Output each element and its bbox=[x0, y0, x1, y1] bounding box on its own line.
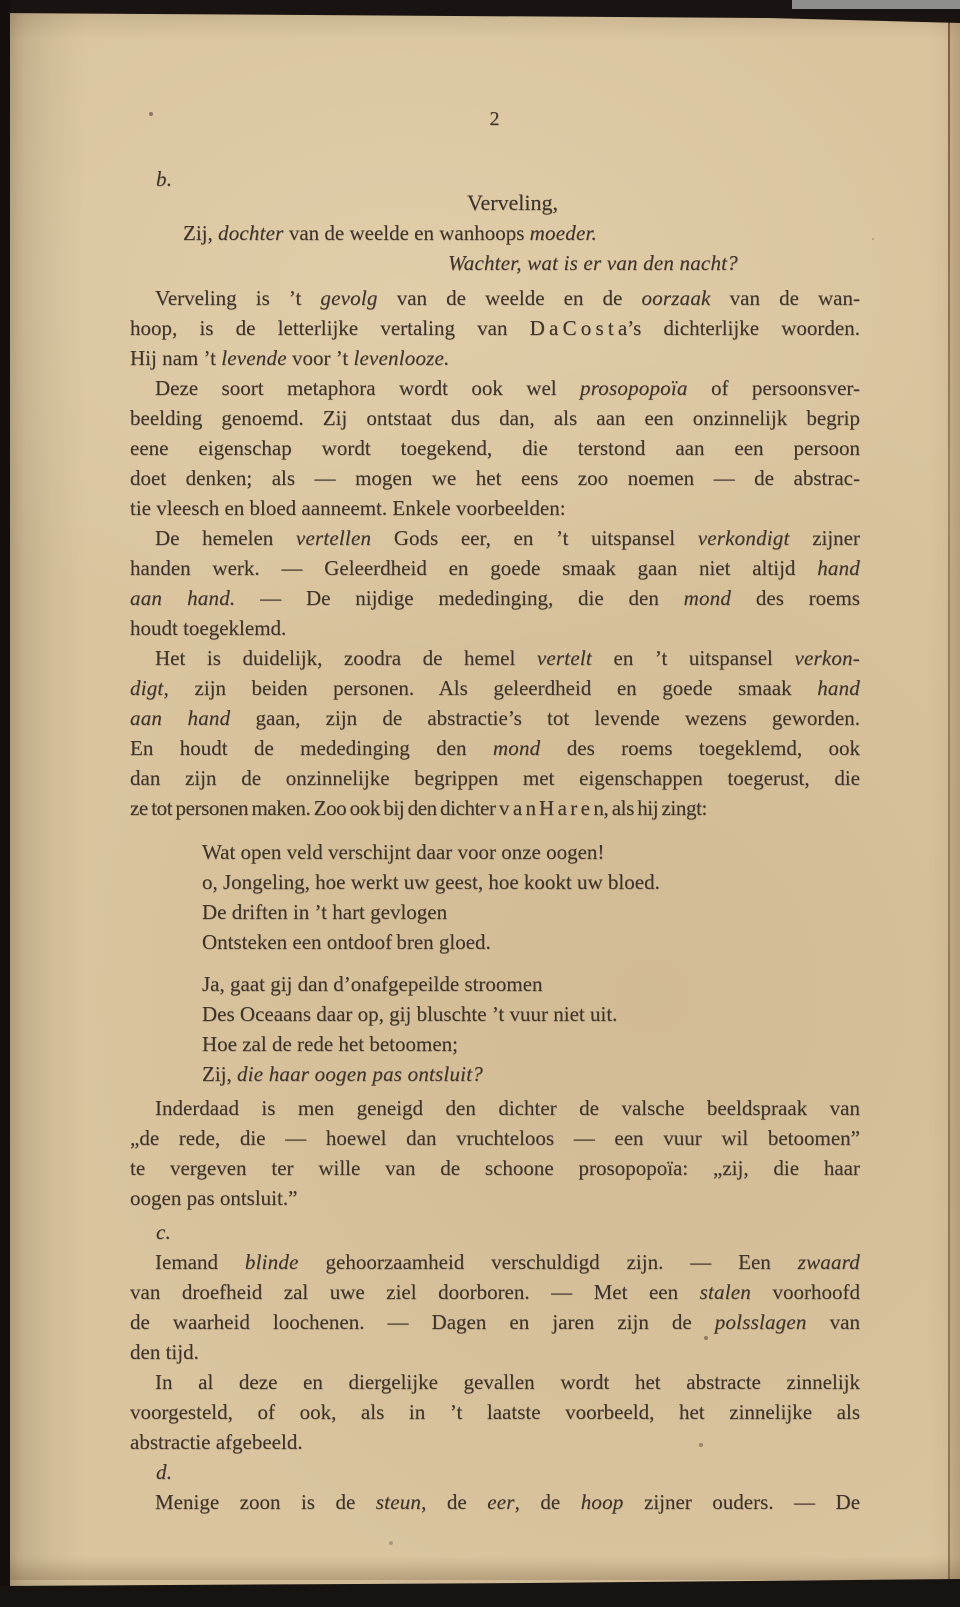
text-line: digt, zijn beiden personen. Als geleerdh… bbox=[130, 673, 860, 703]
text-segment-italic: zwaard bbox=[798, 1250, 860, 1274]
text-line: van droefheid zal uwe ziel doorboren. — … bbox=[130, 1277, 860, 1307]
text-line: tie vleesch en bloed aanneemt. Enkele vo… bbox=[130, 493, 860, 523]
text-line: hoop, is de letterlijke vertaling van D … bbox=[130, 313, 860, 343]
text-segment: Hoe zal de rede het betoomen; bbox=[202, 1032, 458, 1056]
page-right-edge-line bbox=[948, 22, 950, 1580]
text-segment: Het is duidelijk, zoodra de hemel bbox=[155, 646, 537, 670]
text-line: „de rede, die — hoewel dan vruchteloos —… bbox=[130, 1123, 860, 1153]
text-segment: gaan, zijn de abstractie’s tot levende w… bbox=[230, 706, 860, 730]
text-segment: hoop, is de letterlijke vertaling van D … bbox=[130, 316, 860, 340]
text-segment: Wat open veld verschijnt daar voor onze … bbox=[202, 840, 604, 864]
scan-bottom-edge bbox=[0, 1577, 960, 1607]
text-segment: Ja, gaat gij dan d’onafgepeilde stroomen bbox=[202, 972, 543, 996]
text-line: Verveling is ’t gevolg van de weelde en … bbox=[130, 283, 860, 313]
text-line: doet denken; als — mogen we het eens zoo… bbox=[130, 463, 860, 493]
text-segment-italic: dochter bbox=[218, 221, 284, 245]
text-line: c. bbox=[156, 1217, 860, 1247]
text-line: de waarheid loochenen. — Dagen en jaren … bbox=[130, 1307, 860, 1337]
text-segment: gehoorzaamheid verschuldigd zijn. — Een bbox=[299, 1250, 798, 1274]
text-segment-italic: verkon- bbox=[794, 646, 860, 670]
text-line: d. bbox=[156, 1457, 860, 1487]
text-line: den tijd. bbox=[130, 1337, 860, 1367]
text-segment: , de bbox=[421, 1490, 487, 1514]
text-segment-italic: levende bbox=[221, 346, 287, 370]
text-line: oogen pas ontsluit.” bbox=[130, 1183, 860, 1213]
text-line: In al deze en diergelijke gevallen wordt… bbox=[130, 1367, 860, 1397]
text-segment: Deze soort metaphora wordt ook wel bbox=[155, 376, 580, 400]
text-segment-italic: verkondigt bbox=[698, 526, 790, 550]
text-segment-italic: stalen bbox=[700, 1280, 751, 1304]
text-segment: De driften in ’t hart gevlogen bbox=[202, 900, 447, 924]
text-segment-italic: aan hand. bbox=[130, 586, 235, 610]
text-segment: voor ’t bbox=[287, 346, 354, 370]
text-segment: en ’t uitspansel bbox=[592, 646, 795, 670]
text-segment: Verveling, bbox=[467, 190, 558, 215]
text-segment: abstractie afgebeeld. bbox=[130, 1430, 303, 1454]
text-segment-italic: mond bbox=[684, 586, 731, 610]
text-segment: beelding genoemd. Zij ontstaat dus dan, … bbox=[130, 406, 860, 430]
text-line: ze tot personen maken. Zoo ook bij den d… bbox=[130, 793, 860, 823]
text-line: Zij, die haar oogen pas ontsluit? bbox=[202, 1059, 860, 1089]
text-line: eene eigenschap wordt toegekend, die ter… bbox=[130, 433, 860, 463]
text-segment: of persoonsver- bbox=[688, 376, 860, 400]
text-segment: voorgesteld, of ook, als in ’t laatste v… bbox=[130, 1400, 860, 1424]
text-line: Wachter, wat is er van den nacht? bbox=[448, 248, 860, 278]
text-line: En houdt de mededinging den mond des roe… bbox=[130, 733, 860, 763]
text-line: aan hand gaan, zijn de abstractie’s tot … bbox=[130, 703, 860, 733]
text-line: Hij nam ’t levende voor ’t levenlooze. bbox=[130, 343, 860, 373]
text-segment-italic: vertelt bbox=[537, 646, 592, 670]
text-segment: En houdt de mededinging den bbox=[130, 736, 493, 760]
book-page-scan: 2 b.Verveling,Zij, dochter van de weelde… bbox=[0, 0, 960, 1607]
text-segment-italic: d. bbox=[156, 1460, 172, 1484]
page-bottom-shadow bbox=[10, 1556, 960, 1580]
text-segment: houdt toegeklemd. bbox=[130, 616, 286, 640]
text-segment: Zij, bbox=[202, 1062, 237, 1086]
text-segment: o, Jongeling, hoe werkt uw geest, hoe ko… bbox=[202, 870, 660, 894]
text-segment: van de wan- bbox=[711, 286, 860, 310]
text-segment-italic: hoop bbox=[581, 1490, 624, 1514]
text-line: De hemelen vertellen Gods eer, en ’t uit… bbox=[130, 523, 860, 553]
text-line: beelding genoemd. Zij ontstaat dus dan, … bbox=[130, 403, 860, 433]
text-segment-italic: die haar oogen pas ontsluit? bbox=[237, 1062, 483, 1086]
text-segment: Iemand bbox=[155, 1250, 245, 1274]
text-segment: voorhoofd bbox=[751, 1280, 860, 1304]
text-segment: oogen pas ontsluit.” bbox=[130, 1186, 297, 1210]
text-line: houdt toegeklemd. bbox=[130, 613, 860, 643]
text-segment: tie vleesch en bloed aanneemt. Enkele vo… bbox=[130, 496, 566, 520]
text-segment: Inderdaad is men geneigd den dichter de … bbox=[155, 1096, 860, 1120]
text-segment: des roems toegeklemd, ook bbox=[540, 736, 860, 760]
text-segment: zijn beiden personen. Als geleerdheid en… bbox=[169, 676, 817, 700]
text-segment: Gods eer, en ’t uitspansel bbox=[371, 526, 698, 550]
text-segment: Verveling is ’t bbox=[155, 286, 320, 310]
text-segment-italic: mond bbox=[493, 736, 540, 760]
text-segment: van de weelde en wanhoops bbox=[284, 221, 530, 245]
text-segment-italic: hand bbox=[817, 556, 860, 580]
text-line: Wat open veld verschijnt daar voor onze … bbox=[202, 837, 860, 867]
text-segment: te vergeven ter wille van de schoone pro… bbox=[130, 1156, 860, 1180]
text-line: handen werk. — Geleerdheid en goede smaa… bbox=[130, 553, 860, 583]
text-segment: In al deze en diergelijke gevallen wordt… bbox=[155, 1370, 860, 1394]
text-line: Menige zoon is de steun, de eer, de hoop… bbox=[130, 1487, 860, 1517]
text-line: Hoe zal de rede het betoomen; bbox=[202, 1029, 860, 1059]
text-segment: ze tot personen maken. Zoo ook bij den d… bbox=[130, 796, 707, 820]
text-segment-italic: c. bbox=[156, 1220, 171, 1244]
text-segment-italic: levenlooze. bbox=[353, 346, 449, 370]
text-segment-italic: steun bbox=[376, 1490, 421, 1514]
text-segment: dan zijn de onzinnelijke begrippen met e… bbox=[130, 766, 860, 790]
text-segment-italic: gevolg bbox=[320, 286, 377, 310]
text-line: Verveling, bbox=[467, 188, 860, 218]
text-segment: de waarheid loochenen. — Dagen en jaren … bbox=[130, 1310, 715, 1334]
text-segment: Ontsteken een ontdoof bren gloed. bbox=[202, 930, 491, 954]
text-segment: Zij, bbox=[183, 221, 218, 245]
text-line: te vergeven ter wille van de schoone pro… bbox=[130, 1153, 860, 1183]
text-segment-italic: prosopopoïa bbox=[580, 376, 688, 400]
text-segment: „de rede, die — hoewel dan vruchteloos —… bbox=[130, 1126, 860, 1150]
text-line: dan zijn de onzinnelijke begrippen met e… bbox=[130, 763, 860, 793]
text-line: Zij, dochter van de weelde en wanhoops m… bbox=[183, 218, 860, 248]
text-line: De driften in ’t hart gevlogen bbox=[202, 897, 860, 927]
text-segment-italic: vertellen bbox=[296, 526, 371, 550]
text-line: Ja, gaat gij dan d’onafgepeilde stroomen bbox=[202, 969, 860, 999]
text-line: Inderdaad is men geneigd den dichter de … bbox=[130, 1093, 860, 1123]
text-line: o, Jongeling, hoe werkt uw geest, hoe ko… bbox=[202, 867, 860, 897]
text-segment: den tijd. bbox=[130, 1340, 199, 1364]
text-segment: Hij nam ’t bbox=[130, 346, 221, 370]
text-segment-italic: digt, bbox=[130, 676, 169, 700]
text-line: voorgesteld, of ook, als in ’t laatste v… bbox=[130, 1397, 860, 1427]
text-segment-italic: moeder. bbox=[530, 221, 597, 245]
text-segment: van bbox=[807, 1310, 860, 1334]
text-segment: zijner ouders. — De bbox=[624, 1490, 861, 1514]
text-segment: van de weelde en de bbox=[378, 286, 642, 310]
text-segment-italic: hand bbox=[817, 676, 860, 700]
text-segment: van droefheid zal uwe ziel doorboren. — … bbox=[130, 1280, 700, 1304]
text-segment: De hemelen bbox=[155, 526, 296, 550]
text-line: Deze soort metaphora wordt ook wel proso… bbox=[130, 373, 860, 403]
text-segment: Des Oceaans daar op, gij bluschte ’t vuu… bbox=[202, 1002, 617, 1026]
text-segment-italic: eer bbox=[487, 1490, 514, 1514]
text-segment-italic: polsslagen bbox=[715, 1310, 807, 1334]
text-segment-italic: Wachter, wat is er van den nacht? bbox=[448, 251, 738, 275]
text-segment: eene eigenschap wordt toegekend, die ter… bbox=[130, 436, 860, 460]
scanner-artifact bbox=[792, 0, 960, 9]
text-segment: , de bbox=[515, 1490, 581, 1514]
text-segment: handen werk. — Geleerdheid en goede smaa… bbox=[130, 556, 817, 580]
text-segment-italic: blinde bbox=[245, 1250, 299, 1274]
scan-left-edge bbox=[0, 0, 10, 1607]
text-line: aan hand. — De nijdige mededinging, die … bbox=[130, 583, 860, 613]
text-segment: — De nijdige mededinging, die den bbox=[235, 586, 683, 610]
text-segment: zijner bbox=[790, 526, 860, 550]
text-segment-italic: b. bbox=[156, 167, 172, 191]
text-segment-italic: aan hand bbox=[130, 706, 230, 730]
text-segment: Menige zoon is de bbox=[155, 1490, 376, 1514]
text-line: Het is duidelijk, zoodra de hemel vertel… bbox=[130, 643, 860, 673]
text-line: Iemand blinde gehoorzaamheid verschuldig… bbox=[130, 1247, 860, 1277]
text-line: Ontsteken een ontdoof bren gloed. bbox=[202, 927, 860, 957]
text-line: Des Oceaans daar op, gij bluschte ’t vuu… bbox=[202, 999, 860, 1029]
page-text: b.Verveling,Zij, dochter van de weelde e… bbox=[0, 0, 960, 1517]
text-segment: doet denken; als — mogen we het eens zoo… bbox=[130, 466, 860, 490]
page-right-edge bbox=[950, 22, 960, 1580]
text-line: abstractie afgebeeld. bbox=[130, 1427, 860, 1457]
text-segment: des roems bbox=[731, 586, 860, 610]
text-segment-italic: oorzaak bbox=[641, 286, 710, 310]
